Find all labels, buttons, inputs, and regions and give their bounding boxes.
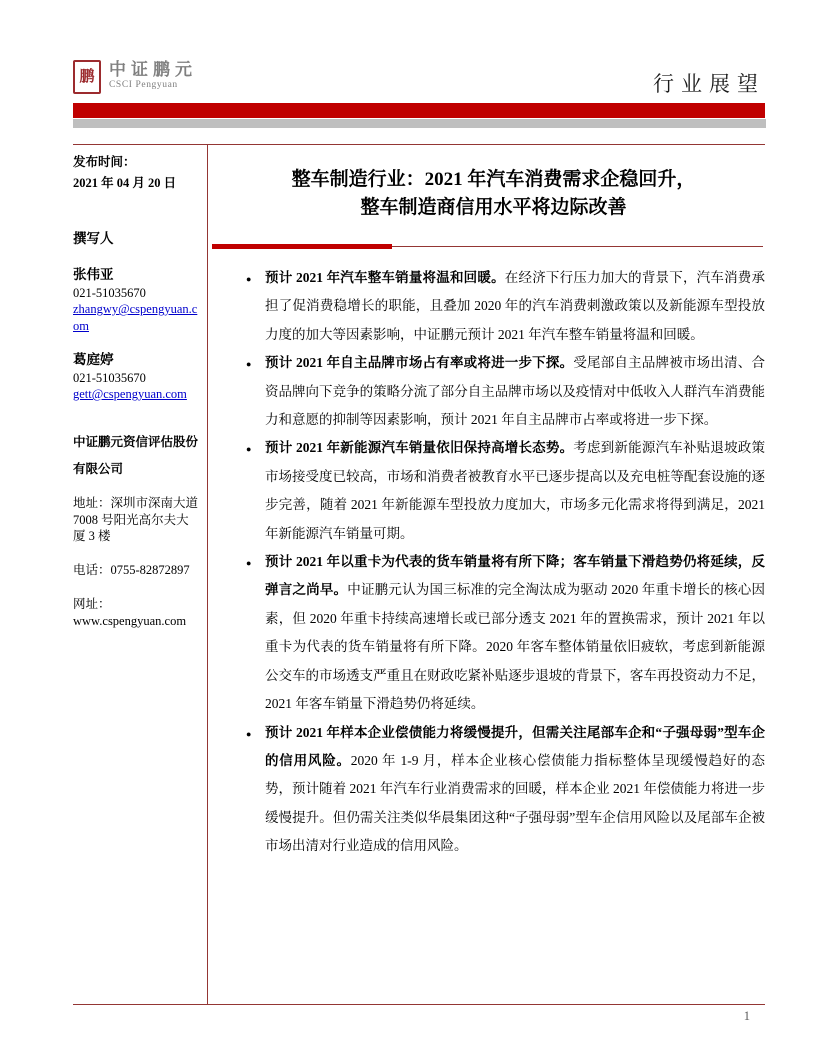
summary-body: 中证鹏元认为国三标准的完全淘汰成为驱动 2020 年重卡增长的核心因素，但 20… <box>265 582 765 711</box>
logo-name-cn: 中证鹏元 <box>109 60 197 80</box>
logo-text: 中证鹏元 CSCI Pengyuan <box>109 60 197 91</box>
title-divider-line <box>392 246 763 247</box>
summary-list: 预计 2021 年汽车整车销量将温和回暖。在经济下行压力加大的背景下，汽车消费承… <box>222 264 765 861</box>
company-name: 中证鹏元资信评估股份有限公司 <box>73 429 200 483</box>
publish-date-label: 发布时间： <box>73 152 200 172</box>
summary-body: 考虑到新能源汽车补贴退坡政策市场接受度已较高，市场和消费者被教育水平已逐步提高以… <box>265 440 765 540</box>
author-email: zhangwy@cspengyuan.com <box>73 301 200 335</box>
header-gray-bar <box>73 119 766 128</box>
author-phone: 021-51035670 <box>73 370 200 386</box>
summary-lead: 预计 2021 年新能源汽车销量依旧保持高增长态势。 <box>265 440 573 455</box>
page-number: 1 <box>744 1009 750 1024</box>
author-phone: 021-51035670 <box>73 285 200 301</box>
report-title-line2: 整车制造商信用水平将边际改善 <box>222 194 765 222</box>
summary-item: 预计 2021 年新能源汽车销量依旧保持高增长态势。考虑到新能源汽车补贴退坡政策… <box>222 434 765 548</box>
report-title-line1: 整车制造行业：2021 年汽车消费需求企稳回升， <box>222 166 765 194</box>
main-column: 整车制造行业：2021 年汽车消费需求企稳回升， 整车制造商信用水平将边际改善 … <box>208 145 765 1004</box>
content-frame: 发布时间： 2021 年 04 月 20 日 撰写人 张伟亚 021-51035… <box>73 144 765 1005</box>
author-name: 葛庭婷 <box>73 350 200 370</box>
author-name: 张伟亚 <box>73 265 200 285</box>
author-email-link[interactable]: zhangwy@cspengyuan.com <box>73 302 197 333</box>
summary-lead: 预计 2021 年自主品牌市场占有率或将进一步下探。 <box>265 355 573 370</box>
report-cover-page: 鹏 中证鹏元 CSCI Pengyuan 行业展望 发布时间： 2021 年 0… <box>0 0 816 1056</box>
authors-label: 撰写人 <box>73 230 200 247</box>
author-block: 葛庭婷 021-51035670 gett@cspengyuan.com <box>73 350 200 403</box>
company-logo: 鹏 中证鹏元 CSCI Pengyuan <box>73 60 197 94</box>
summary-item: 预计 2021 年样本企业偿债能力将缓慢提升，但需关注尾部车企和“子强母弱”型车… <box>222 719 765 861</box>
summary-item: 预计 2021 年汽车整车销量将温和回暖。在经济下行压力加大的背景下，汽车消费承… <box>222 264 765 349</box>
report-title: 整车制造行业：2021 年汽车消费需求企稳回升， 整车制造商信用水平将边际改善 <box>222 166 765 222</box>
summary-lead: 预计 2021 年汽车整车销量将温和回暖。 <box>265 270 505 285</box>
meta-sidebar: 发布时间： 2021 年 04 月 20 日 撰写人 张伟亚 021-51035… <box>73 145 208 1004</box>
doc-type-label: 行业展望 <box>653 68 765 98</box>
logo-name-en: CSCI Pengyuan <box>109 80 197 91</box>
website-label: 网址： <box>73 595 200 613</box>
website-url: www.cspengyuan.com <box>73 613 200 630</box>
logo-seal-icon: 鹏 <box>73 60 101 94</box>
author-block: 张伟亚 021-51035670 zhangwy@cspengyuan.com <box>73 265 200 335</box>
title-divider <box>212 244 763 249</box>
author-email-link[interactable]: gett@cspengyuan.com <box>73 387 187 401</box>
publish-date-value: 2021 年 04 月 20 日 <box>73 172 200 194</box>
company-telephone: 电话：0755-82872897 <box>73 562 200 579</box>
summary-item: 预计 2021 年以重卡为代表的货车销量将有所下降；客车销量下滑趋势仍将延续，反… <box>222 548 765 718</box>
summary-item: 预计 2021 年自主品牌市场占有率或将进一步下探。受尾部自主品牌被市场出清、合… <box>222 349 765 434</box>
company-address: 地址：深圳市深南大道7008 号阳光高尔夫大厦 3 楼 <box>73 495 200 545</box>
masthead: 鹏 中证鹏元 CSCI Pengyuan 行业展望 <box>73 60 765 102</box>
title-divider-accent <box>212 244 392 249</box>
author-email: gett@cspengyuan.com <box>73 386 200 403</box>
logo-seal-char: 鹏 <box>79 70 94 85</box>
header-red-bar <box>73 103 765 118</box>
